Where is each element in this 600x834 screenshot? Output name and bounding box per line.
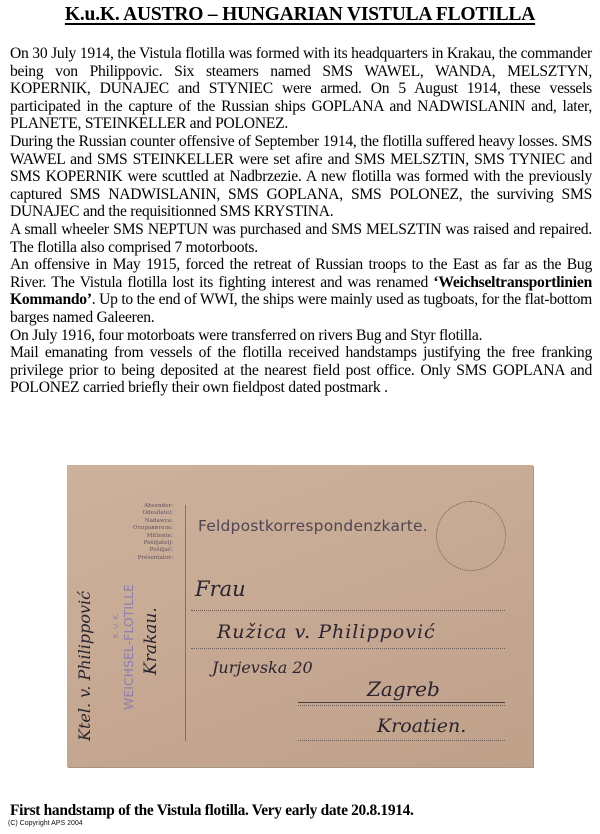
sender-label: Odesílatel: (115, 510, 173, 517)
paragraph-formation: On 30 July 1914, the Vistula flotilla wa… (10, 45, 592, 133)
address-line (191, 610, 505, 611)
sender-place-handwriting: Krakau. (141, 607, 161, 675)
sender-label: Nadawca: (115, 518, 173, 525)
sender-label: Mittente: (115, 533, 173, 540)
paragraph-motorboats: On July 1916, four motorboats were trans… (10, 327, 592, 345)
sender-label: Отправитель: (115, 525, 173, 532)
sender-labels: Absender: Odesílatel: Nadawca: Отправите… (115, 503, 173, 562)
article-body: On 30 July 1914, the Vistula flotilla wa… (10, 45, 592, 397)
card-divider-line (185, 505, 186, 741)
paragraph-neptun: A small wheeler SMS NEPTUN was purchased… (10, 221, 592, 256)
postcard-image: Absender: Odesílatel: Nadawca: Отправите… (67, 465, 533, 767)
handstamp-line1: K. U. K. (112, 613, 120, 638)
address-street: Jurjevska 20 (212, 658, 313, 677)
address-line (191, 648, 505, 649)
address-name: Ružica v. Philippović (217, 621, 436, 643)
image-caption: First handstamp of the Vistula flotilla.… (10, 802, 414, 820)
sender-name-handwriting: Ktel. v. Philippović (75, 591, 94, 741)
address-line (298, 705, 505, 706)
handstamp-line2: WEICHSEL-FLOTILLE (121, 584, 136, 710)
paragraph-renamed: An offensive in May 1915, forced the ret… (10, 256, 592, 326)
paragraph-counter-offensive: During the Russian counter offensive of … (10, 133, 592, 221)
paragraph-renamed-after: . Up to the end of WWI, the ships were m… (10, 291, 592, 326)
address-country: Kroatien. (377, 715, 466, 737)
card-printed-title: Feldpostkorrespondenzkarte. (198, 517, 428, 535)
address-salutation: Frau (195, 577, 246, 601)
sender-label: Pošiljač: (115, 547, 173, 554)
page-title: K.u.K. AUSTRO – HUNGARIAN VISTULA FLOTIL… (0, 4, 600, 26)
address-city: Zagreb (367, 677, 440, 701)
address-line (298, 740, 505, 741)
copyright-notice: (C) Copyright APS 2004 (8, 820, 83, 827)
address-line (298, 702, 505, 703)
sender-label: Présentator: (115, 555, 173, 562)
stamp-circle (436, 501, 506, 571)
paragraph-mail: Mail emanating from vessels of the floti… (10, 344, 592, 397)
